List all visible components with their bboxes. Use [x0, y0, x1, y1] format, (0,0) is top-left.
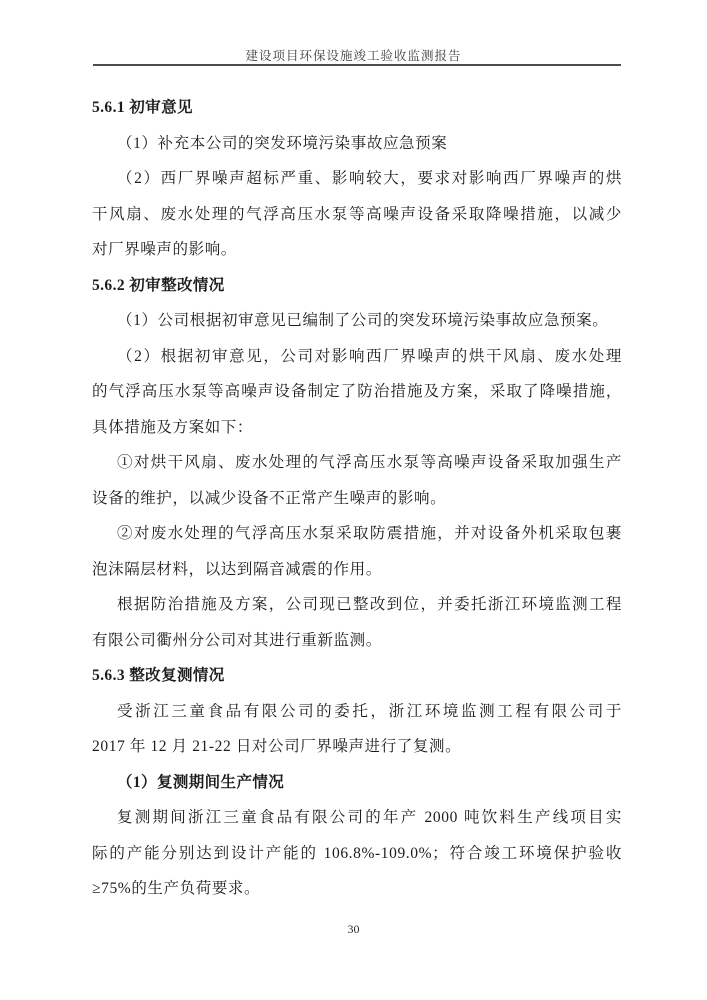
paragraph-line: 泡沫隔层材料，以达到隔音减震的作用。 — [92, 552, 622, 588]
header-rule — [93, 64, 621, 66]
paragraph-measure-1: ①对烘干风扇、废水处理的气浮高压水泵等高噪声设备采取加强生产设备的维护，以减少设… — [92, 445, 622, 516]
paragraph-review-item-2: （2）西厂界噪声超标严重、影响较大，要求对影响西厂界噪声的烘干风扇、废水处理的气… — [92, 161, 622, 268]
paragraph-line: 受浙江三童食品有限公司的委托，浙江环境监测工程有限公司于 — [92, 694, 622, 730]
heading-line: 5.6.2 初审整改情况 — [92, 268, 622, 304]
paragraph-line: 对厂界噪声的影响。 — [92, 232, 622, 268]
paragraph-measure-2: ②对废水处理的气浮高压水泵采取防震措施，并对设备外机采取包裹泡沫隔层材料，以达到… — [92, 516, 622, 587]
paragraph-line: 2017 年 12 月 21-22 日对公司厂界噪声进行了复测。 — [92, 729, 622, 765]
paragraph-line: ①对烘干风扇、废水处理的气浮高压水泵等高噪声设备采取加强生产 — [92, 445, 622, 481]
header-title: 建设项目环保设施竣工验收监测报告 — [0, 46, 707, 64]
paragraph-line: 有限公司衢州分公司对其进行重新监测。 — [92, 623, 622, 659]
document-page: 建设项目环保设施竣工验收监测报告 5.6.1 初审意见（1）补充本公司的突发环境… — [0, 0, 707, 1000]
heading-line: 5.6.1 初审意见 — [92, 90, 622, 126]
paragraph-line: ≥75%的生产负荷要求。 — [92, 871, 622, 907]
paragraph-line: 的气浮高压水泵等高噪声设备制定了防治措施及方案，采取了降噪措施， — [92, 374, 622, 410]
paragraph-line: （1）补充本公司的突发环境污染事故应急预案 — [92, 126, 622, 162]
paragraph-line: （1）公司根据初审意见已编制了公司的突发环境污染事故应急预案。 — [92, 303, 622, 339]
paragraph-rectify-item-1: （1）公司根据初审意见已编制了公司的突发环境污染事故应急预案。 — [92, 303, 622, 339]
paragraph-line: 设备的维护，以减少设备不正常产生噪声的影响。 — [92, 481, 622, 517]
paragraph-production-load: 复测期间浙江三童食品有限公司的年产 2000 吨饮料生产线项目实际的产能分别达到… — [92, 800, 622, 907]
section-heading-5-6-1: 5.6.1 初审意见 — [92, 90, 622, 126]
section-heading-5-6-3: 5.6.3 整改复测情况 — [92, 658, 622, 694]
page-number: 30 — [0, 922, 707, 937]
paragraph-retest-intro: 受浙江三童食品有限公司的委托，浙江环境监测工程有限公司于2017 年 12 月 … — [92, 694, 622, 765]
paragraph-line: ②对废水处理的气浮高压水泵采取防震措施，并对设备外机采取包裹 — [92, 516, 622, 552]
paragraph-line: 际的产能分别达到设计产能的 106.8%-109.0%；符合竣工环境保护验收 — [92, 836, 622, 872]
heading-line: （1）复测期间生产情况 — [92, 765, 622, 801]
paragraph-line: （2）根据初审意见，公司对影响西厂界噪声的烘干风扇、废水处理 — [92, 339, 622, 375]
section-heading-5-6-2: 5.6.2 初审整改情况 — [92, 268, 622, 304]
paragraph-review-item-1: （1）补充本公司的突发环境污染事故应急预案 — [92, 126, 622, 162]
paragraph-line: （2）西厂界噪声超标严重、影响较大，要求对影响西厂界噪声的烘 — [92, 161, 622, 197]
paragraph-rectify-summary: 根据防治措施及方案，公司现已整改到位，并委托浙江环境监测工程有限公司衢州分公司对… — [92, 587, 622, 658]
subheading-retest-production: （1）复测期间生产情况 — [92, 765, 622, 801]
paragraph-line: 根据防治措施及方案，公司现已整改到位，并委托浙江环境监测工程 — [92, 587, 622, 623]
heading-line: 5.6.3 整改复测情况 — [92, 658, 622, 694]
paragraph-line: 具体措施及方案如下： — [92, 410, 622, 446]
document-body: 5.6.1 初审意见（1）补充本公司的突发环境污染事故应急预案（2）西厂界噪声超… — [92, 90, 622, 907]
paragraph-line: 复测期间浙江三童食品有限公司的年产 2000 吨饮料生产线项目实 — [92, 800, 622, 836]
paragraph-line: 干风扇、废水处理的气浮高压水泵等高噪声设备采取降噪措施，以减少 — [92, 197, 622, 233]
paragraph-rectify-item-2: （2）根据初审意见，公司对影响西厂界噪声的烘干风扇、废水处理的气浮高压水泵等高噪… — [92, 339, 622, 446]
